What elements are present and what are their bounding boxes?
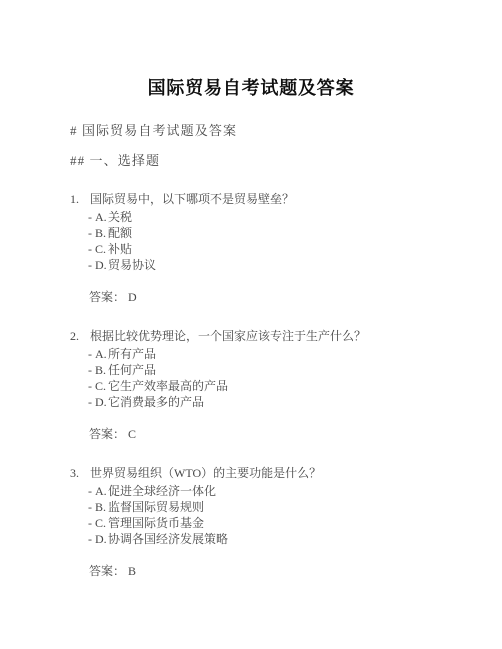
option-letter: A. bbox=[95, 483, 108, 499]
option-item: - C. 管理国际货币基金 bbox=[88, 515, 492, 531]
option-item: - D. 协调各国经济发展策略 bbox=[88, 531, 492, 547]
option-letter: B. bbox=[95, 499, 108, 515]
option-item: - B. 任何产品 bbox=[88, 362, 492, 378]
answer-value: B bbox=[128, 564, 136, 578]
option-item: - D. 它消费最多的产品 bbox=[88, 394, 492, 410]
markdown-title-line: # 国际贸易自考试题及答案 bbox=[70, 123, 237, 139]
option-text: 配额 bbox=[108, 225, 132, 241]
answer-line: 答案：D bbox=[89, 289, 492, 305]
option-item: - B. 监督国际贸易规则 bbox=[88, 499, 492, 515]
question-number: 1. bbox=[70, 191, 90, 207]
option-text: 补贴 bbox=[108, 241, 132, 257]
question-text: 根据比较优势理论，一个国家应该专注于生产什么？ bbox=[90, 328, 366, 344]
options-list: - A. 关税 - B. 配额 - C. 补贴 - D. 贸易协议 bbox=[70, 209, 492, 273]
document-page: 国际贸易自考试题及答案 # 国际贸易自考试题及答案 ## 一、选择题 1. 国际… bbox=[0, 0, 502, 649]
option-text: 所有产品 bbox=[108, 346, 156, 362]
answer-label: 答案： bbox=[89, 427, 125, 441]
option-item: - A. 关税 bbox=[88, 209, 492, 225]
option-bullet: - bbox=[88, 346, 95, 362]
option-item: - B. 配额 bbox=[88, 225, 492, 241]
options-list: - A. 促进全球经济一体化 - B. 监督国际贸易规则 - C. 管理国际货币… bbox=[70, 483, 492, 547]
option-item: - D. 贸易协议 bbox=[88, 257, 492, 273]
option-letter: A. bbox=[95, 346, 108, 362]
option-item: - C. 补贴 bbox=[88, 241, 492, 257]
question-line: 3. 世界贸易组织（WTO）的主要功能是什么？ bbox=[70, 465, 492, 481]
option-item: - C. 它生产效率最高的产品 bbox=[88, 378, 492, 394]
page-title: 国际贸易自考试题及答案 bbox=[0, 76, 502, 100]
option-text: 管理国际货币基金 bbox=[108, 515, 204, 531]
option-letter: C. bbox=[95, 515, 108, 531]
question-line: 1. 国际贸易中，以下哪项不是贸易壁垒？ bbox=[70, 191, 492, 207]
option-text: 它消费最多的产品 bbox=[108, 394, 204, 410]
option-bullet: - bbox=[88, 531, 95, 547]
question-line: 2. 根据比较优势理论，一个国家应该专注于生产什么？ bbox=[70, 328, 492, 344]
answer-value: C bbox=[128, 427, 136, 441]
option-item: - A. 促进全球经济一体化 bbox=[88, 483, 492, 499]
answer-label: 答案： bbox=[89, 564, 125, 578]
answer-label: 答案： bbox=[89, 290, 125, 304]
option-letter: C. bbox=[95, 241, 108, 257]
option-bullet: - bbox=[88, 499, 95, 515]
option-bullet: - bbox=[88, 483, 95, 499]
option-bullet: - bbox=[88, 394, 95, 410]
answer-line: 答案：C bbox=[89, 426, 492, 442]
option-bullet: - bbox=[88, 209, 95, 225]
option-text: 促进全球经济一体化 bbox=[108, 483, 216, 499]
option-letter: A. bbox=[95, 209, 108, 225]
question-number: 2. bbox=[70, 328, 90, 344]
question-text: 国际贸易中，以下哪项不是贸易壁垒？ bbox=[90, 191, 294, 207]
option-bullet: - bbox=[88, 362, 95, 378]
option-bullet: - bbox=[88, 257, 95, 273]
section-heading: ## 一、选择题 bbox=[70, 153, 160, 169]
option-text: 关税 bbox=[108, 209, 132, 225]
answer-value: D bbox=[128, 290, 137, 304]
question-text: 世界贸易组织（WTO）的主要功能是什么？ bbox=[90, 465, 321, 481]
option-bullet: - bbox=[88, 378, 95, 394]
option-text: 贸易协议 bbox=[108, 257, 156, 273]
options-list: - A. 所有产品 - B. 任何产品 - C. 它生产效率最高的产品 - D.… bbox=[70, 346, 492, 410]
option-letter: B. bbox=[95, 362, 108, 378]
question-block-2: 2. 根据比较优势理论，一个国家应该专注于生产什么？ - A. 所有产品 - B… bbox=[70, 328, 492, 442]
option-bullet: - bbox=[88, 225, 95, 241]
option-bullet: - bbox=[88, 241, 95, 257]
option-letter: C. bbox=[95, 378, 108, 394]
option-text: 任何产品 bbox=[108, 362, 156, 378]
question-number: 3. bbox=[70, 465, 90, 481]
option-letter: D. bbox=[95, 531, 108, 547]
question-block-3: 3. 世界贸易组织（WTO）的主要功能是什么？ - A. 促进全球经济一体化 -… bbox=[70, 465, 492, 579]
option-bullet: - bbox=[88, 515, 95, 531]
option-letter: D. bbox=[95, 257, 108, 273]
option-text: 它生产效率最高的产品 bbox=[108, 378, 228, 394]
option-text: 协调各国经济发展策略 bbox=[108, 531, 228, 547]
option-letter: B. bbox=[95, 225, 108, 241]
option-text: 监督国际贸易规则 bbox=[108, 499, 204, 515]
answer-line: 答案：B bbox=[89, 563, 492, 579]
option-letter: D. bbox=[95, 394, 108, 410]
option-item: - A. 所有产品 bbox=[88, 346, 492, 362]
question-block-1: 1. 国际贸易中，以下哪项不是贸易壁垒？ - A. 关税 - B. 配额 - C… bbox=[70, 191, 492, 305]
